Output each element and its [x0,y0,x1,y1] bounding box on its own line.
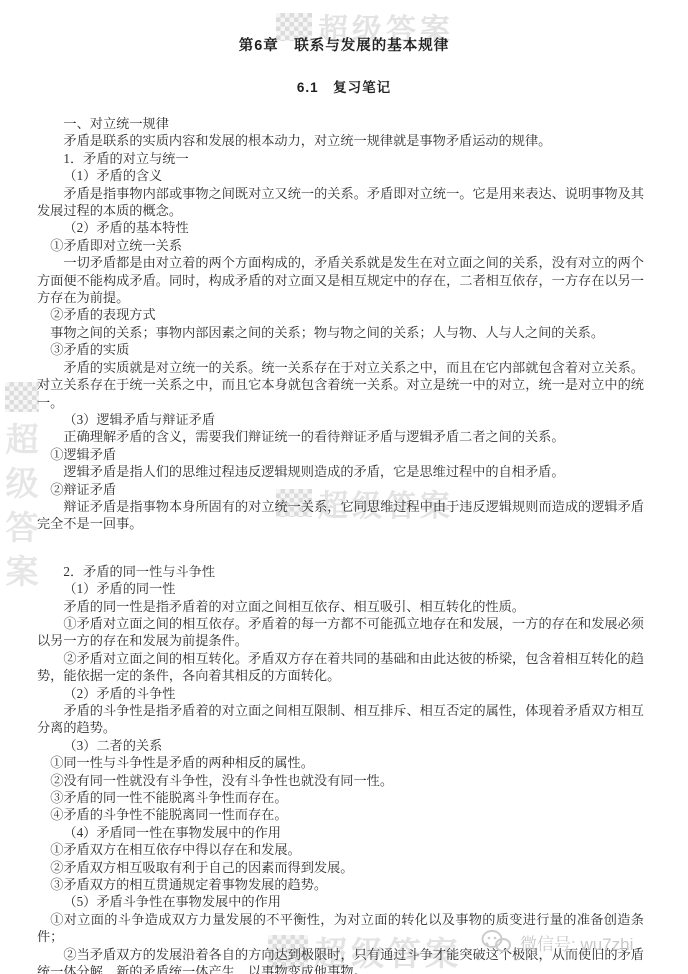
paragraph: ②辩证矛盾 [37,481,644,498]
document-body: 一、对立统一规律矛盾是联系的实质内容和发展的根本动力，对立统一规律就是事物矛盾运… [37,115,644,974]
paragraph: 矛盾是联系的实质内容和发展的根本动力，对立统一规律就是事物矛盾运动的规律。 [37,132,644,149]
paragraph: ②没有同一性就没有斗争性，没有斗争性也就没有同一性。 [37,772,644,789]
paragraph: （3）二者的关系 [37,737,644,754]
paragraph: 矛盾的同一性是指矛盾着的对立面之间相互依存、相互吸引、相互转化的性质。 [37,598,644,615]
paragraph: （1）矛盾的含义 [37,167,644,184]
paragraph: 2．矛盾的同一性与斗争性 [37,563,644,580]
paragraph: ②矛盾对立面之间的相互转化。矛盾双方存在着共同的基础和由此达彼的桥梁，包含着相互… [37,650,644,685]
paragraph: （2）矛盾的基本特性 [37,219,644,236]
paragraph: 矛盾的实质就是对立统一的关系。统一关系存在于对立关系之中，而且在它内部就包含着对… [37,359,644,411]
superanswer-logo-icon [5,382,39,412]
paragraph: ①矛盾即对立统一关系 [37,237,644,254]
paragraph: ①逻辑矛盾 [37,446,644,463]
paragraph: ①同一性与斗争性是矛盾的两种相反的属性。 [37,754,644,771]
watermark-char: 超 [6,418,39,462]
paragraph: 逻辑矛盾是指人们的思维过程违反逻辑规则造成的矛盾，它是思维过程中的自相矛盾。 [37,463,644,480]
paragraph: ②矛盾的表现方式 [37,306,644,323]
watermark-char: 级 [6,462,39,506]
paragraph: 正确理解矛盾的含义，需要我们辩证统一的看待辩证矛盾与逻辑矛盾二者之间的关系。 [37,428,644,445]
paragraph: （2）矛盾的斗争性 [37,685,644,702]
watermark-char: 答 [6,506,39,550]
paragraph: 矛盾是指事物内部或事物之间既对立又统一的关系。矛盾即对立统一。它是用来表达、说明… [37,185,644,220]
paragraph: ③矛盾的实质 [37,341,644,358]
paragraph: 辩证矛盾是指事物本身所固有的对立统一关系，它同思维过程中由于违反逻辑规则而造成的… [37,498,644,533]
section-title: 6.1 复习笔记 [0,76,688,96]
chapter-title: 第6章 联系与发展的基本规律 [0,34,688,55]
paragraph: ③矛盾双方的相互贯通规定着事物发展的趋势。 [37,876,644,893]
paragraph: ④矛盾的斗争性不能脱离同一性而存在。 [37,806,644,823]
paragraph: 一、对立统一规律 [37,115,644,132]
paragraph: （5）矛盾斗争性在事物发展中的作用 [37,893,644,910]
paragraph: ②矛盾双方相互吸取有利于自己的因素而得到发展。 [37,859,644,876]
paragraph: 事物之间的关系；事物内部因素之间的关系；物与物之间的关系；人与物、人与人之间的关… [37,324,644,341]
wechat-label: 微信号: wu7zhi [520,930,633,955]
watermark-char: 案 [6,550,39,594]
paragraph: ①矛盾对立面之间的相互依存。矛盾着的每一方都不可能孤立地存在和发展，一方的存在和… [37,615,644,650]
paragraph: 矛盾的斗争性是指矛盾着的对立面之间相互限制、相互排斥、相互否定的属性，体现着矛盾… [37,702,644,737]
paragraph: （1）矛盾的同一性 [37,580,644,597]
paragraph: 一切矛盾都是由对立着的两个方面构成的，矛盾关系就是发生在对立面之间的关系，没有对… [37,254,644,306]
paragraph: ①矛盾双方在相互依存中得以存在和发展。 [37,841,644,858]
paragraph: （4）矛盾同一性在事物发展中的作用 [37,824,644,841]
wechat-icon [480,929,512,955]
scanned-page: 超级答案 超级答案 超级答案 超级答案 第6章 联系与发展的基本规律 6.1 复… [0,0,688,974]
paragraph: （3）逻辑矛盾与辩证矛盾 [37,411,644,428]
wechat-contact: 微信号: wu7zhi [480,929,633,955]
paragraph: 1．矛盾的对立与统一 [37,150,644,167]
paragraph: ③矛盾的同一性不能脱离斗争性而存在。 [37,789,644,806]
